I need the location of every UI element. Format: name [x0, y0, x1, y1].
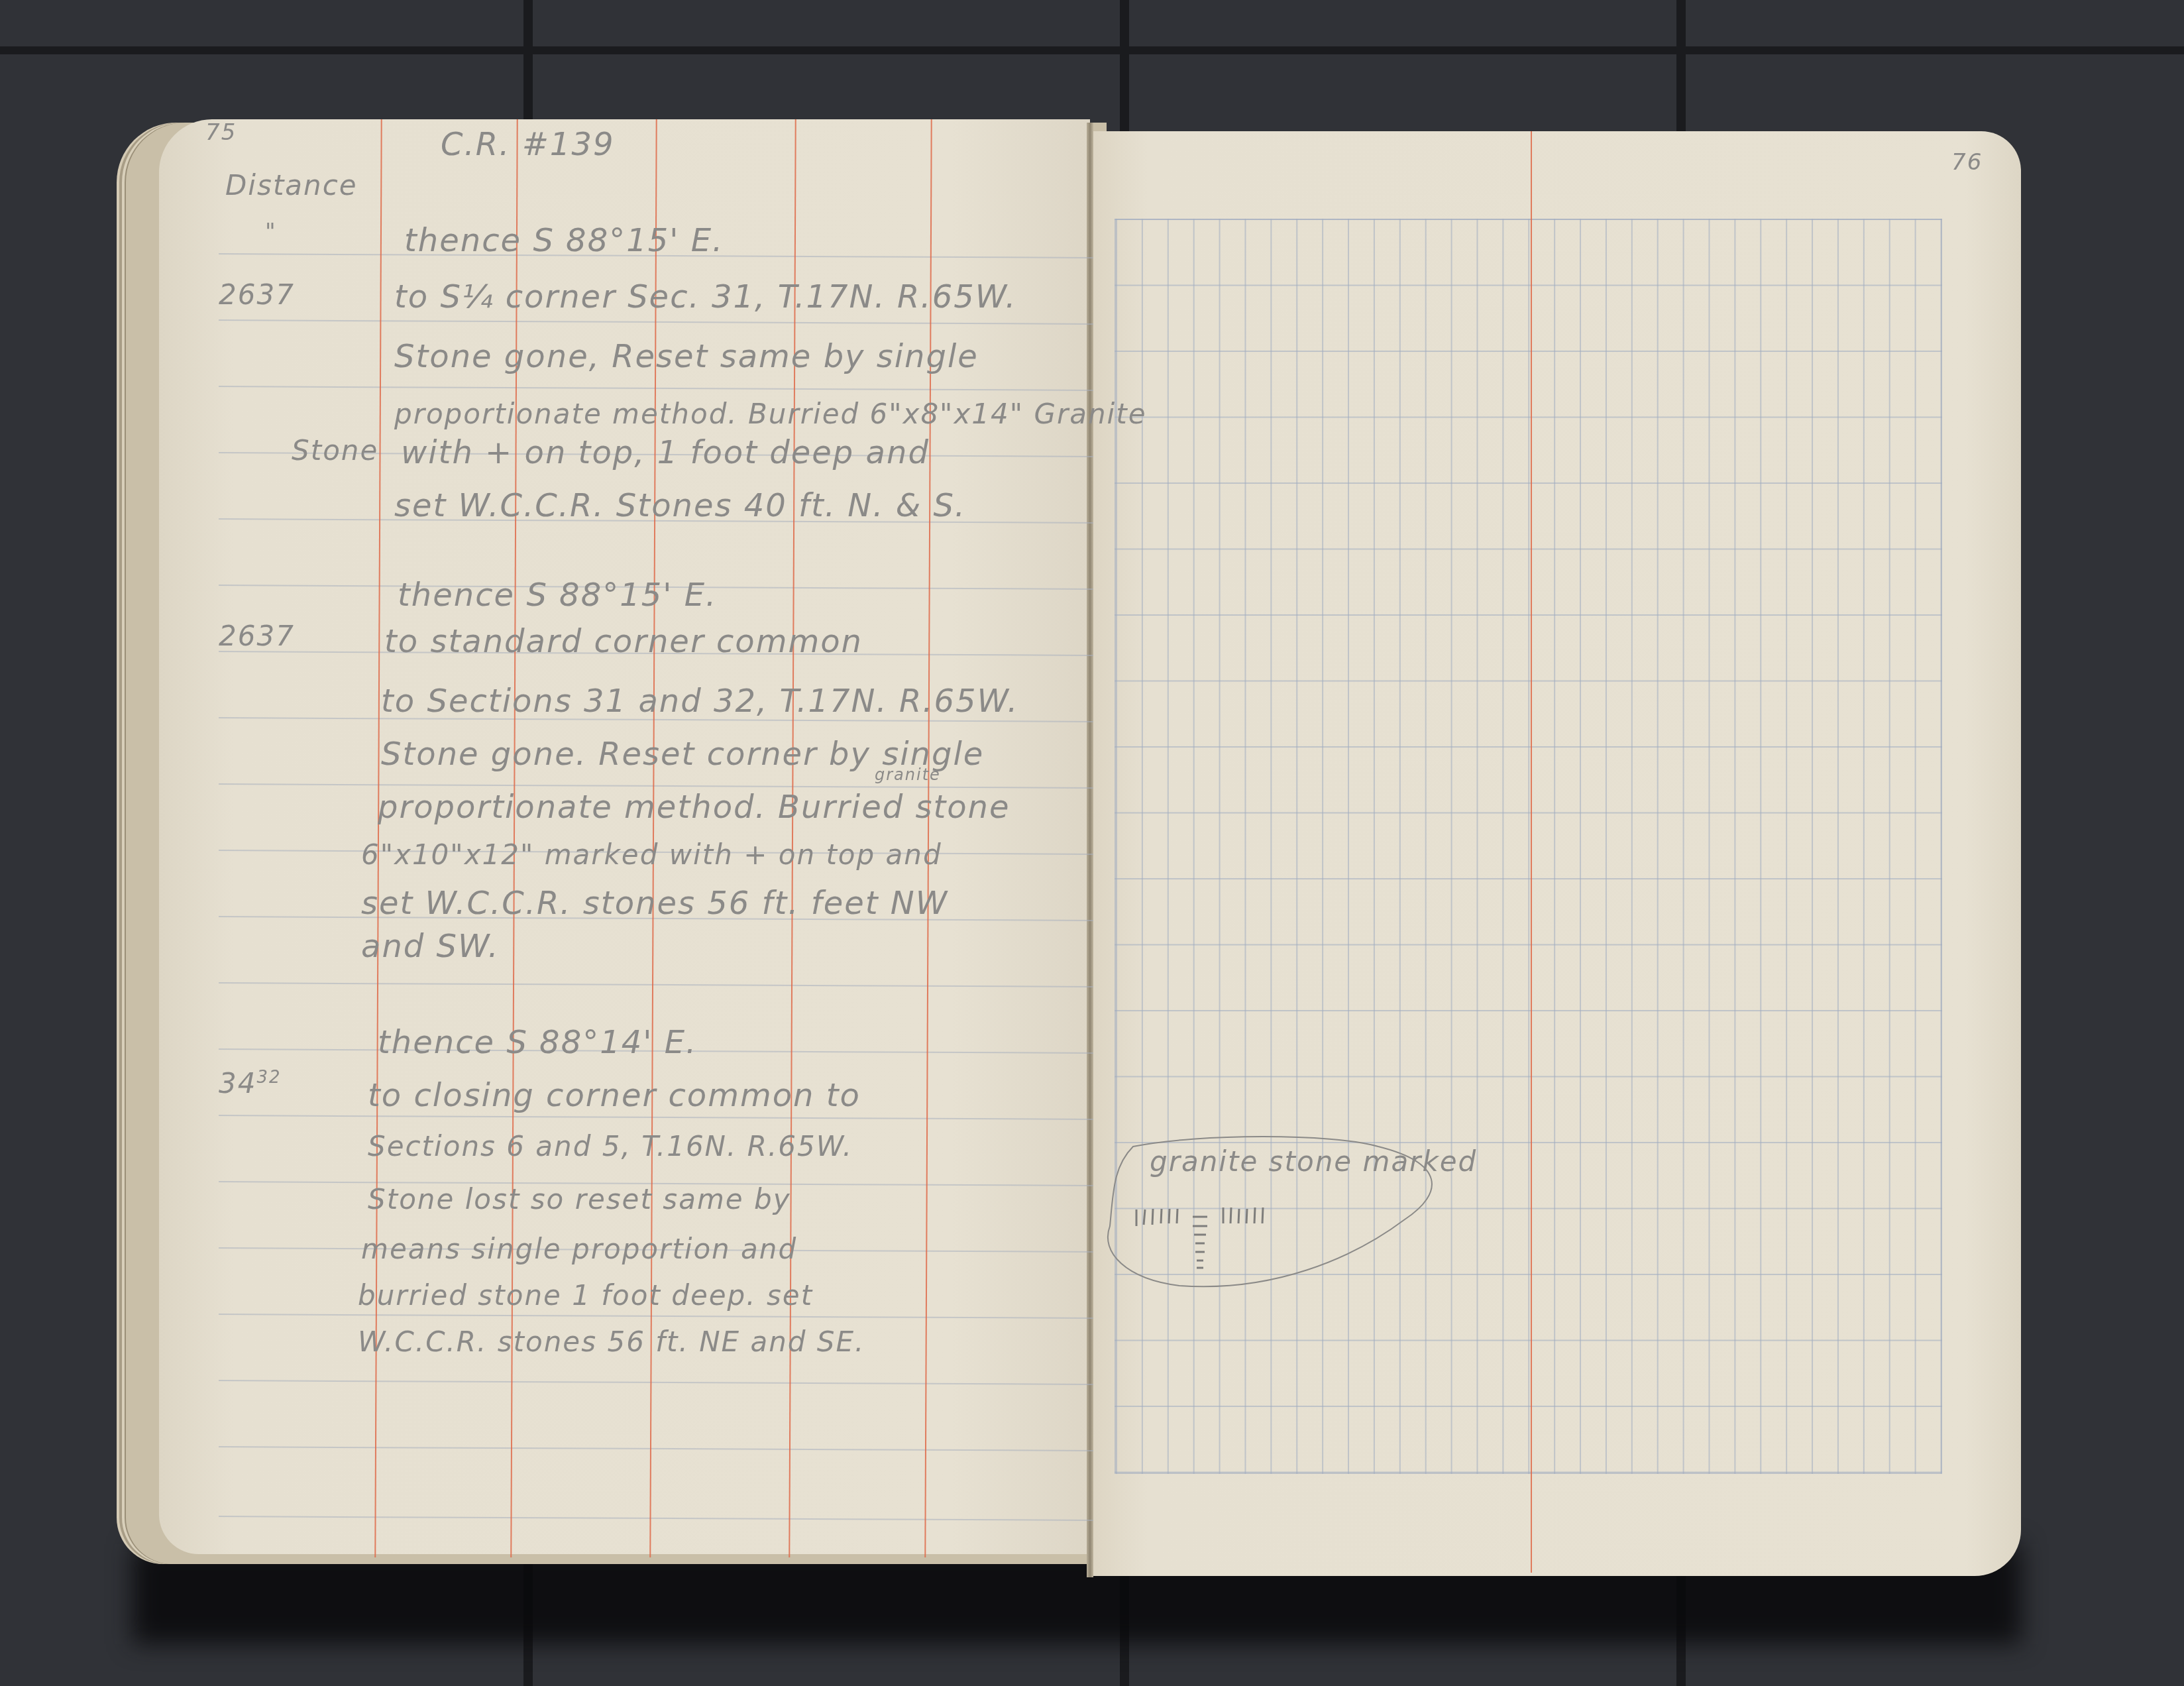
entry-line: set W.C.C.R. Stones 40 ft. N. & S. — [394, 487, 966, 524]
corner-stone-sketch: granite stone marked — [1100, 1127, 1577, 1299]
insertion-note: granite — [875, 765, 941, 784]
entry-line: with + on top, 1 foot deep and — [401, 434, 930, 471]
distance-column-label: Distance — [225, 169, 358, 201]
entry-line: set W.C.C.R. stones 56 ft. feet NW — [361, 885, 948, 922]
entry-line: W.C.C.R. stones 56 ft. NE and SE. — [358, 1325, 865, 1358]
entry-line: proportionate method. Burried stone — [378, 789, 1010, 826]
bearing-line: thence S 88°15' E. — [398, 577, 717, 614]
entry-line: Stone gone, Reset same by single — [394, 338, 979, 375]
left-page-number: 75 — [205, 119, 237, 146]
bearing-line: thence S 88°15' E. — [404, 222, 724, 259]
entry-line: to standard corner common — [384, 623, 863, 660]
entry-line: to closing corner common to — [368, 1077, 861, 1114]
distance-whole: 34 — [219, 1067, 256, 1099]
ditto-mark: " — [265, 219, 277, 245]
right-page-red-line — [1531, 131, 1532, 1573]
entry-line: Sections 6 and 5, T.16N. R.65W. — [368, 1130, 853, 1162]
background-seam — [0, 46, 2184, 54]
margin-note: Stone — [292, 434, 378, 467]
distance-value: 2637 — [219, 278, 295, 311]
entry-line: to S¼ corner Sec. 31, T.17N. R.65W. — [394, 278, 1017, 315]
entry-line: 6"x10"x12" marked with + on top and — [361, 838, 942, 871]
page-title: C.R. #139 — [441, 126, 614, 163]
distance-value: 2637 — [219, 620, 295, 652]
entry-line: burried stone 1 foot deep. set — [358, 1279, 813, 1312]
entry-line: and SW. — [361, 928, 500, 965]
distance-value: 3432 — [219, 1067, 282, 1099]
entry-line: proportionate method. Burried 6"x8"x14" … — [394, 398, 1147, 430]
notebook-spine — [1087, 123, 1093, 1577]
right-page-number: 76 — [1951, 149, 1983, 176]
entry-line: to Sections 31 and 32, T.17N. R.65W. — [381, 683, 1018, 720]
bearing-line: thence S 88°14' E. — [378, 1024, 697, 1061]
entry-line: Stone lost so reset same by — [368, 1183, 791, 1215]
distance-fraction: 32 — [256, 1068, 281, 1088]
sketch-label: granite stone marked — [1150, 1145, 1477, 1178]
entry-line: means single proportion and — [361, 1233, 797, 1265]
